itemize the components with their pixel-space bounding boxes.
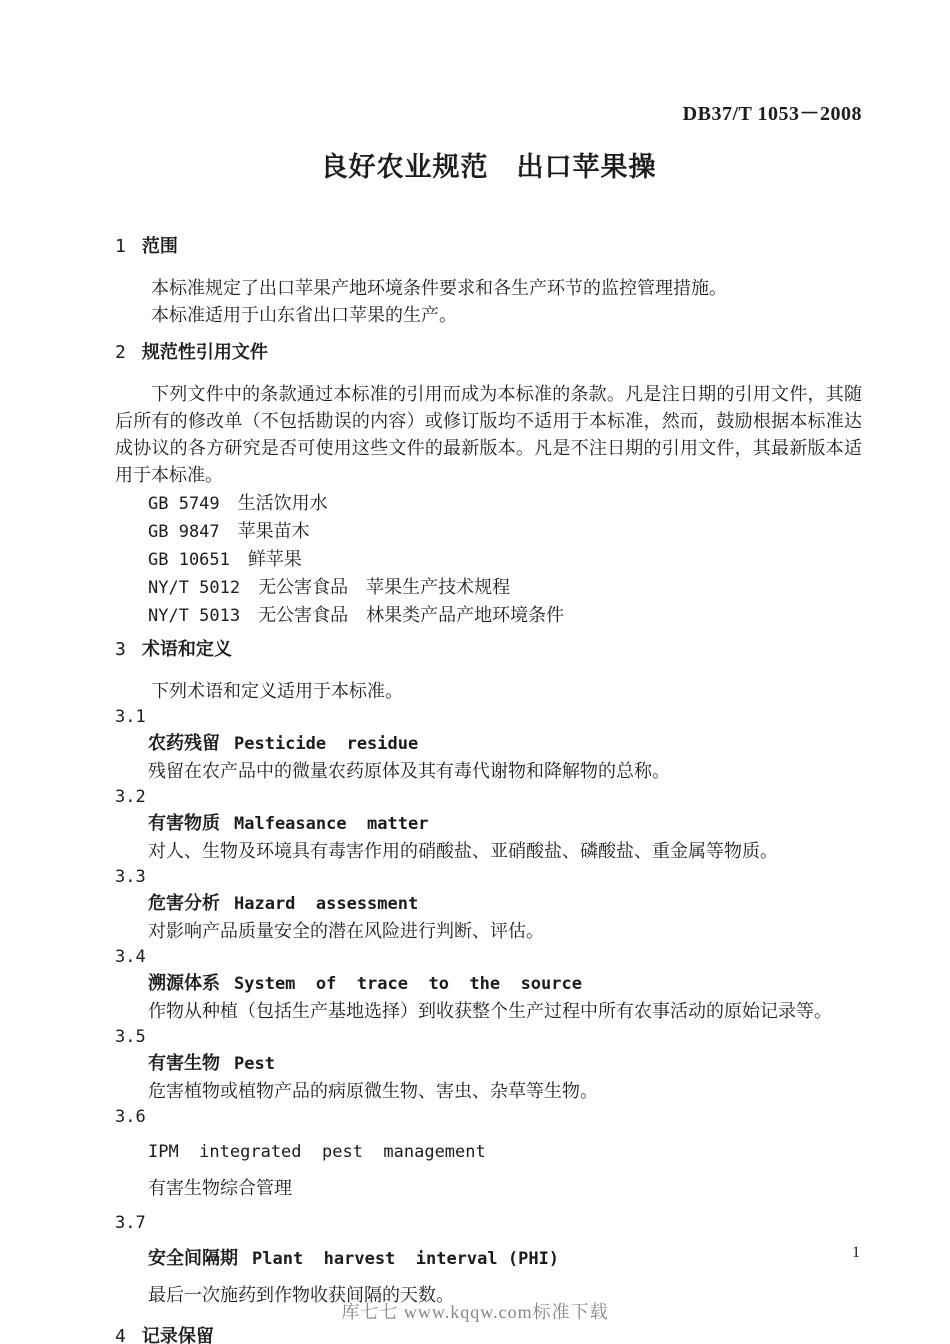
term-3-1: 3.1 农药残留Pesticide residue 残留在农产品中的微量农药原体…: [115, 705, 862, 785]
term-3-3: 3.3 危害分析Hazard assessment 对影响产品质量安全的潜在风险…: [115, 865, 862, 945]
term-definition: 残留在农产品中的微量农药原体及其有毒代谢物和降解物的总称。: [115, 758, 862, 785]
reference-item: GB 5749生活饮用水: [115, 490, 862, 518]
term-number: 3.7: [115, 1211, 862, 1236]
section-3-heading: 3术语和定义: [115, 638, 862, 662]
reference-title: 鲜苹果: [248, 549, 302, 569]
reference-item: GB 10651鲜苹果: [115, 546, 862, 574]
section-2-title: 规范性引用文件: [142, 342, 268, 363]
term-number: 3.6: [115, 1105, 862, 1130]
term-number: 3.5: [115, 1025, 862, 1050]
section-3-intro: 下列术语和定义适用于本标准。: [115, 678, 862, 705]
term-name-zh: 溯源体系: [148, 973, 220, 994]
section-4-title: 记录保留: [142, 1326, 214, 1344]
section-1-number: 1: [115, 236, 126, 257]
term-name-en: System of trace to the source: [234, 974, 582, 994]
term-name-zh: 安全间隔期: [148, 1248, 238, 1269]
term-name-en: IPM integrated pest management: [148, 1142, 486, 1162]
term-name: 农药残留Pesticide residue: [115, 730, 862, 758]
term-name-zh: 危害分析: [148, 893, 220, 914]
term-definition: 作物从种植（包括生产基地选择）到收获整个生产过程中所有农事活动的原始记录等。: [115, 998, 862, 1025]
page-number: 1: [852, 1243, 860, 1263]
reference-code: NY/T 5013: [148, 606, 240, 626]
reference-title: 苹果苗木: [238, 521, 310, 541]
term-name: 危害分析Hazard assessment: [115, 890, 862, 918]
term-name-zh: 有害物质: [148, 813, 220, 834]
reference-item: NY/T 5012无公害食品 苹果生产技术规程: [115, 574, 862, 602]
reference-code: NY/T 5012: [148, 578, 240, 598]
term-definition: 有害生物综合管理: [115, 1175, 862, 1202]
term-definition: 危害植物或植物产品的病原微生物、害虫、杂草等生物。: [115, 1078, 862, 1105]
reference-code: GB 5749: [148, 494, 220, 514]
section-2-number: 2: [115, 342, 126, 363]
section-1-paragraph-2: 本标准适用于山东省出口苹果的生产。: [115, 302, 862, 329]
reference-item: NY/T 5013无公害食品 林果类产品产地环境条件: [115, 602, 862, 630]
term-3-7: 3.7 安全间隔期Plant harvest interval (PHI) 最后…: [115, 1211, 862, 1309]
term-name-zh: 农药残留: [148, 733, 220, 754]
term-name-en: Pest: [234, 1054, 275, 1074]
term-name-zh: 有害生物: [148, 1053, 220, 1074]
term-3-2: 3.2 有害物质Malfeasance matter 对人、生物及环境具有毒害作…: [115, 785, 862, 865]
section-1-heading: 1范围: [115, 235, 862, 259]
term-number: 3.4: [115, 945, 862, 970]
term-number: 3.3: [115, 865, 862, 890]
term-3-4: 3.4 溯源体系System of trace to the source 作物…: [115, 945, 862, 1025]
term-number: 3.1: [115, 705, 862, 730]
document-page: DB37/T 1053－2008 良好农业规范 出口苹果操 1范围 本标准规定了…: [0, 0, 950, 1344]
reference-title: 无公害食品 苹果生产技术规程: [258, 577, 510, 597]
document-content: DB37/T 1053－2008 良好农业规范 出口苹果操 1范围 本标准规定了…: [0, 0, 950, 1344]
section-3-number: 3: [115, 639, 126, 660]
doc-title: 良好农业规范 出口苹果操: [115, 149, 862, 187]
term-name: 安全间隔期Plant harvest interval (PHI): [115, 1245, 862, 1273]
doc-code: DB37/T 1053－2008: [115, 0, 862, 127]
term-name: 有害物质Malfeasance matter: [115, 810, 862, 838]
section-4-heading: 4记录保留: [115, 1325, 862, 1344]
section-4-number: 4: [115, 1326, 126, 1344]
term-name-en: Pesticide residue: [234, 734, 418, 754]
term-name: 溯源体系System of trace to the source: [115, 970, 862, 998]
reference-title: 生活饮用水: [238, 493, 328, 513]
term-definition: 对人、生物及环境具有毒害作用的硝酸盐、亚硝酸盐、磷酸盐、重金属等物质。: [115, 838, 862, 865]
reference-item: GB 9847苹果苗木: [115, 518, 862, 546]
term-name: 有害生物Pest: [115, 1050, 862, 1078]
term-name-en: Hazard assessment: [234, 894, 418, 914]
footer-watermark: 库七七 www.kqqw.com标准下载: [0, 1298, 950, 1324]
reference-code: GB 10651: [148, 550, 230, 570]
section-1-paragraph-1: 本标准规定了出口苹果产地环境条件要求和各生产环节的监控管理措施。: [115, 275, 862, 302]
term-name-en: Plant harvest interval (PHI): [252, 1249, 559, 1269]
section-1-title: 范围: [142, 236, 178, 257]
term-3-5: 3.5 有害生物Pest 危害植物或植物产品的病原微生物、害虫、杂草等生物。: [115, 1025, 862, 1105]
term-number: 3.2: [115, 785, 862, 810]
section-2-intro: 下列文件中的条款通过本标准的引用而成为本标准的条款。凡是注日期的引用文件，其随后…: [115, 381, 862, 489]
term-name: IPM integrated pest management: [115, 1139, 862, 1166]
term-3-6: 3.6 IPM integrated pest management 有害生物综…: [115, 1105, 862, 1202]
reference-list: GB 5749生活饮用水 GB 9847苹果苗木 GB 10651鲜苹果 NY/…: [115, 490, 862, 630]
section-2-heading: 2规范性引用文件: [115, 341, 862, 365]
section-3-title: 术语和定义: [142, 639, 232, 660]
reference-code: GB 9847: [148, 522, 220, 542]
term-name-en: Malfeasance matter: [234, 814, 428, 834]
term-definition: 对影响产品质量安全的潜在风险进行判断、评估。: [115, 918, 862, 945]
reference-title: 无公害食品 林果类产品产地环境条件: [258, 605, 564, 625]
